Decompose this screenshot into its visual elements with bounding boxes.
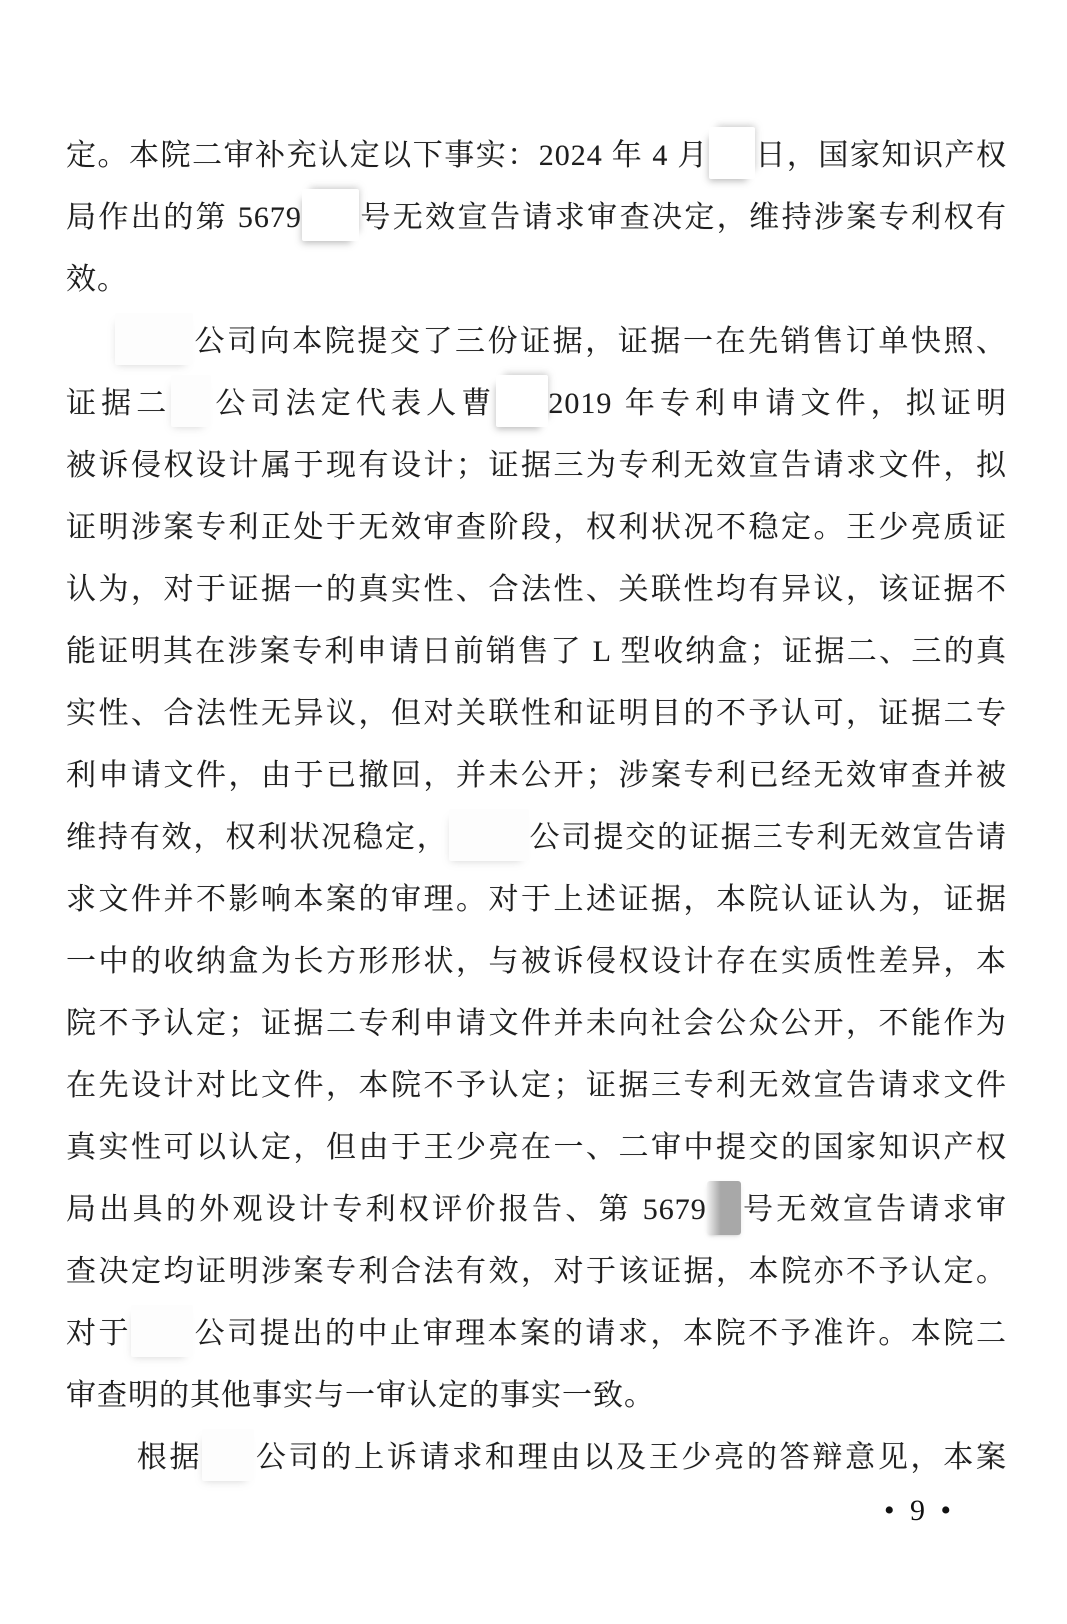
text-line: 对于公司提出的中止审理本案的请求，本院不予准许。本院二: [66, 1303, 1007, 1365]
text-line: 局出具的外观设计专利权评价报告、第 5679号无效宣告请求审: [66, 1179, 1007, 1241]
text-segment: 效。: [66, 263, 128, 296]
text-segment: 利申请文件，由于已撤回，并未公开；涉案专利已经无效审查并被: [66, 759, 1007, 792]
text-line: 利申请文件，由于已撤回，并未公开；涉案专利已经无效审查并被: [66, 745, 1007, 807]
text-line: 审查明的其他事实与一审认定的事实一致。: [66, 1365, 1007, 1427]
text-segment: 求文件并不影响本案的审理。对于上述证据，本院认证认为，证据: [66, 883, 1007, 916]
text-segment: 对于: [66, 1317, 131, 1350]
text-line: 认为，对于证据一的真实性、合法性、关联性均有异议，该证据不: [66, 559, 1007, 621]
text-segment: 公司法定代表人曹: [211, 387, 496, 420]
text-line: 局作出的第 5679号无效宣告请求审查决定，维持涉案专利权有: [66, 187, 1007, 249]
text-line: 维持有效，权利状况稳定，公司提交的证据三专利无效宣告请: [66, 807, 1007, 869]
redaction-patch: [202, 1429, 254, 1481]
text-line: 根据公司的上诉请求和理由以及王少亮的答辩意见，本案: [66, 1427, 1007, 1489]
text-line: 效。: [66, 249, 1007, 311]
text-segment: 局出具的外观设计专利权评价报告、第 5679: [66, 1193, 707, 1226]
text-line: 院不予认定；证据二专利申请文件并未向社会公众公开，不能作为: [66, 993, 1007, 1055]
redaction-patch: [115, 313, 193, 365]
text-segment: 号无效宣告请求审查决定，维持涉案专利权有: [359, 201, 1007, 234]
text-line: 证据二公司法定代表人曹2019 年专利申请文件，拟证明: [66, 373, 1007, 435]
text-line: 一中的收纳盒为长方形形状，与被诉侵权设计存在实质性差异，本: [66, 931, 1007, 993]
text-segment: 真实性可以认定，但由于王少亮在一、二审中提交的国家知识产权: [66, 1131, 1007, 1164]
text-segment: 院不予认定；证据二专利申请文件并未向社会公众公开，不能作为: [66, 1007, 1007, 1040]
text-line: 证明涉案专利正处于无效审查阶段，权利状况不稳定。王少亮质证: [66, 497, 1007, 559]
text-line: 被诉侵权设计属于现有设计；证据三为专利无效宣告请求文件，拟: [66, 435, 1007, 497]
text-segment: 公司提交的证据三专利无效宣告请: [529, 821, 1007, 854]
text-segment: 2019 年专利申请文件，拟证明: [548, 387, 1007, 420]
text-block: 定。本院二审补充认定以下事实：2024 年 4 月日，国家知识产权局作出的第 5…: [66, 125, 1007, 1489]
text-segment: 公司向本院提交了三份证据，证据一在先销售订单快照、: [193, 325, 1007, 358]
page-number: • 9 •: [884, 1494, 955, 1528]
text-line: 定。本院二审补充认定以下事实：2024 年 4 月日，国家知识产权: [66, 125, 1007, 187]
redaction-patch: [449, 809, 529, 861]
text-segment: 一中的收纳盒为长方形形状，与被诉侵权设计存在实质性差异，本: [66, 945, 1007, 978]
text-segment: 查决定均证明涉案专利合法有效，对于该证据，本院亦不予认定。: [66, 1255, 1007, 1288]
text-line: 查决定均证明涉案专利合法有效，对于该证据，本院亦不予认定。: [66, 1241, 1007, 1303]
redaction-patch: [709, 127, 755, 179]
text-segment: 日，国家知识产权: [755, 139, 1007, 172]
document-page: 定。本院二审补充认定以下事实：2024 年 4 月日，国家知识产权局作出的第 5…: [0, 0, 1067, 1624]
text-line: 实性、合法性无异议，但对关联性和证明目的不予认可，证据二专: [66, 683, 1007, 745]
redaction-patch: [496, 375, 548, 427]
text-segment: 实性、合法性无异议，但对关联性和证明目的不予认可，证据二专: [66, 697, 1007, 730]
text-segment: 根据: [135, 1441, 202, 1474]
text-segment: 审查明的其他事实与一审认定的事实一致。: [66, 1379, 655, 1412]
text-segment: 认为，对于证据一的真实性、合法性、关联性均有异议，该证据不: [66, 573, 1007, 606]
text-line: 在先设计对比文件，本院不予认定；证据三专利无效宣告请求文件: [66, 1055, 1007, 1117]
text-line: 真实性可以认定，但由于王少亮在一、二审中提交的国家知识产权: [66, 1117, 1007, 1179]
text-line: 公司向本院提交了三份证据，证据一在先销售订单快照、: [66, 311, 1007, 373]
redaction-patch: [707, 1181, 741, 1235]
text-segment: 被诉侵权设计属于现有设计；证据三为专利无效宣告请求文件，拟: [66, 449, 1007, 482]
indent-spacer: [66, 349, 115, 351]
redaction-patch: [131, 1305, 193, 1357]
redaction-patch: [171, 375, 211, 427]
text-segment: 证明涉案专利正处于无效审查阶段，权利状况不稳定。王少亮质证: [66, 511, 1007, 544]
text-segment: 公司提出的中止审理本案的请求，本院不予准许。本院二: [193, 1317, 1007, 1350]
text-line: 能证明其在涉案专利申请日前销售了 L 型收纳盒；证据二、三的真: [66, 621, 1007, 683]
text-segment: 公司的上诉请求和理由以及王少亮的答辩意见，本案: [254, 1441, 1007, 1474]
redaction-patch: [302, 189, 359, 241]
text-segment: 号无效宣告请求审: [741, 1193, 1007, 1226]
indent-spacer: [66, 1465, 135, 1467]
text-segment: 能证明其在涉案专利申请日前销售了 L 型收纳盒；证据二、三的真: [66, 635, 1007, 668]
text-segment: 在先设计对比文件，本院不予认定；证据三专利无效宣告请求文件: [66, 1069, 1007, 1102]
text-line: 求文件并不影响本案的审理。对于上述证据，本院认证认为，证据: [66, 869, 1007, 931]
text-segment: 局作出的第 5679: [66, 201, 302, 234]
text-segment: 定。本院二审补充认定以下事实：2024 年 4 月: [66, 139, 709, 172]
text-segment: 维持有效，权利状况稳定，: [66, 821, 449, 854]
text-segment: 证据二: [66, 387, 171, 420]
